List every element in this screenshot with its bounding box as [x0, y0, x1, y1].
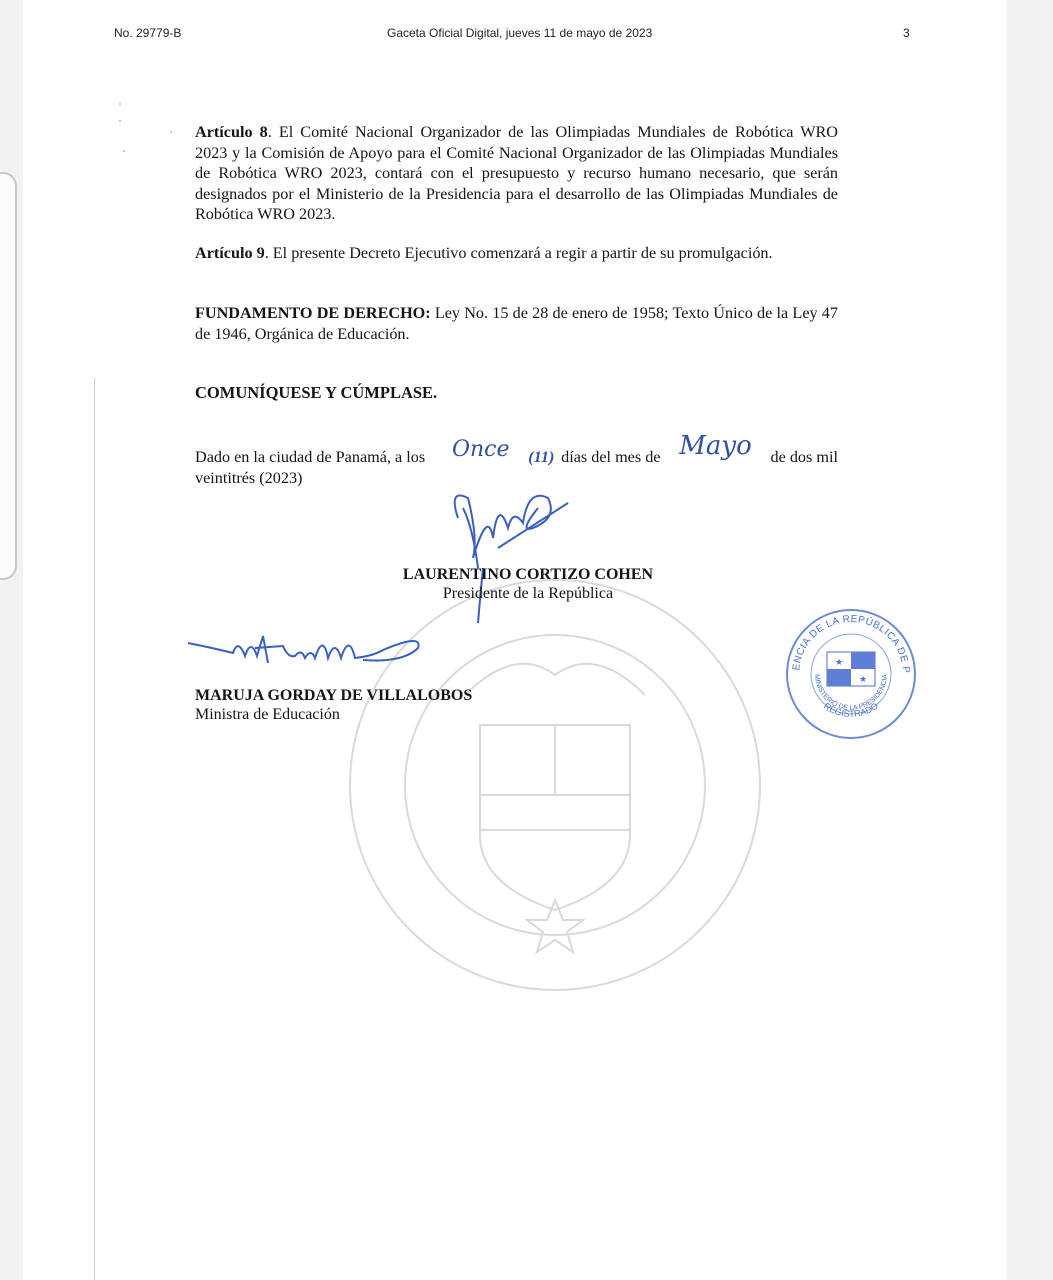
panama-flag-icon: ★ ★ — [827, 652, 875, 686]
president-signature — [438, 478, 578, 628]
scan-speck — [119, 103, 121, 105]
date-prefix: Dado en la ciudad de Panamá, a los — [195, 447, 425, 468]
date-suffix: de dos mil — [771, 447, 838, 468]
svg-text:★: ★ — [835, 657, 843, 667]
article-9: Artículo 9. El presente Decreto Ejecutiv… — [195, 243, 838, 264]
page-fold-line — [94, 378, 95, 1280]
president-title: Presidente de la República — [378, 584, 678, 603]
minister-signature — [183, 628, 443, 678]
document-page: No. 29779-B Gaceta Oficial Digital, juev… — [23, 0, 1007, 1280]
svg-text:★: ★ — [859, 674, 867, 684]
article-9-label: Artículo 9 — [195, 244, 265, 262]
article-9-text: . El presente Decreto Ejecutivo comenzar… — [265, 244, 773, 262]
day-number: (11) — [528, 447, 554, 468]
article-8-text: . El Comité Nacional Organizador de las … — [195, 123, 838, 223]
handwritten-day: Once — [452, 440, 510, 461]
signatory-minister: MARUJA GORDAY DE VILLALOBOS Ministra de … — [195, 686, 535, 724]
article-8: Artículo 8. El Comité Nacional Organizad… — [195, 122, 838, 225]
registry-stamp: PRESIDENCIA DE LA REPÚBLICA DE PANAMÁ RE… — [781, 604, 921, 744]
minister-name: MARUJA GORDAY DE VILLALOBOS — [195, 686, 535, 705]
scan-speck — [123, 150, 125, 152]
scan-speck — [170, 131, 172, 133]
legal-basis-label: FUNDAMENTO DE DERECHO: — [195, 304, 431, 322]
side-panel-handle[interactable] — [0, 172, 17, 580]
signatory-president: LAURENTINO CORTIZO COHEN Presidente de l… — [378, 565, 678, 603]
article-8-label: Artículo 8 — [195, 123, 268, 141]
legal-basis: FUNDAMENTO DE DERECHO: Ley No. 15 de 28 … — [195, 303, 838, 344]
date-middle: días del mes de — [561, 447, 660, 468]
president-name: LAURENTINO CORTIZO COHEN — [378, 565, 678, 584]
handwritten-month: Mayo — [679, 436, 751, 457]
publication-title: Gaceta Oficial Digital, jueves 11 de may… — [387, 26, 652, 40]
issue-number: No. 29779-B — [114, 26, 181, 40]
closing-formula: COMUNÍQUESE Y CÚMPLASE. — [195, 383, 838, 404]
minister-title: Ministra de Educación — [195, 705, 535, 724]
page-number: 3 — [903, 26, 910, 40]
scan-speck — [119, 120, 121, 122]
